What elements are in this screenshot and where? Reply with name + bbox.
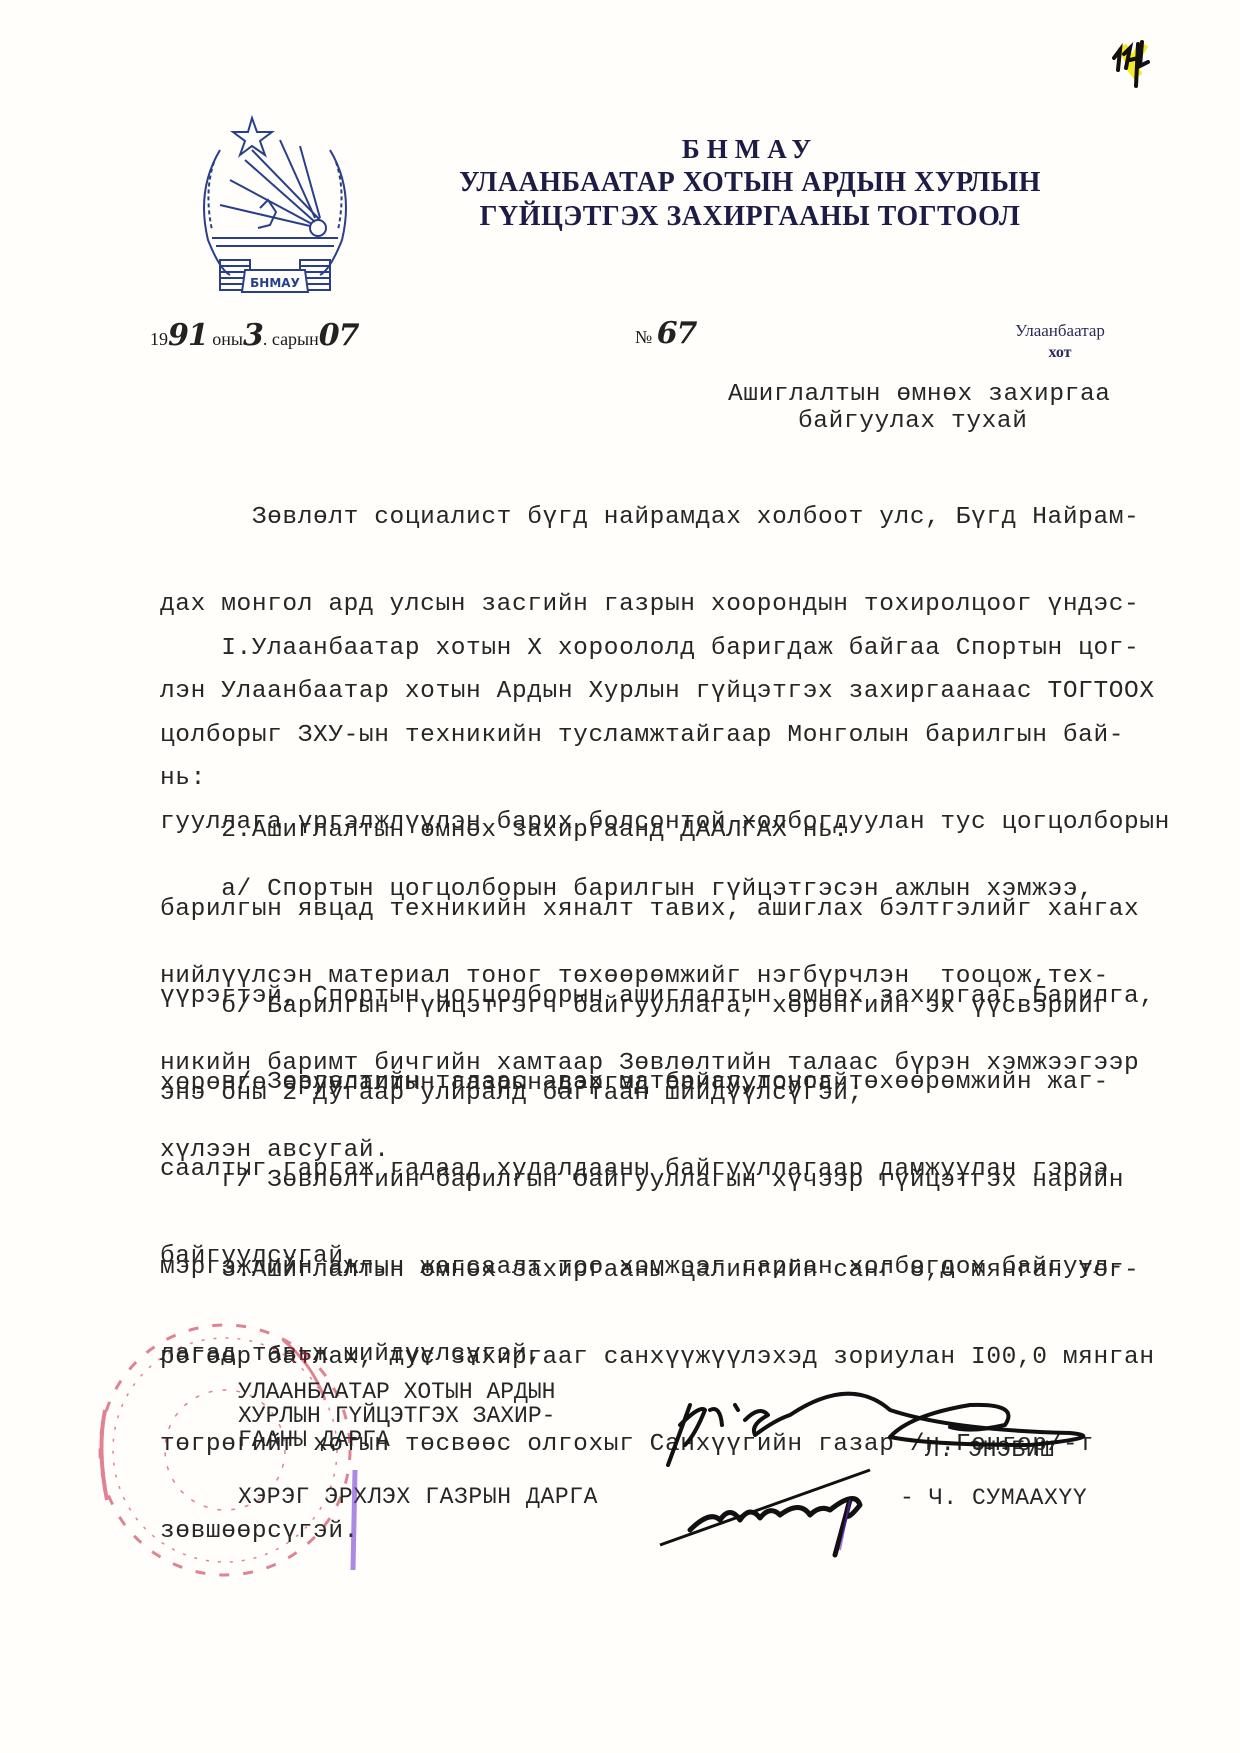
resolution-subject: Ашиглалтын өмнөх захиргаа байгуулах туха… [728, 381, 1111, 435]
letterhead-country: БНМАУ [440, 132, 1060, 166]
resolution-date: 1991 оны3. сарын07 [150, 318, 359, 353]
archive-page-number-handwritten [1108, 36, 1156, 92]
letterhead-organization: УЛААНБААТАР ХОТЫН АРДЫН ХУРЛЫН [440, 166, 1060, 200]
letterhead-document-type: ГҮЙЦЭТГЭХ ЗАХИРГААНЫ ТОГТООЛ [440, 200, 1060, 234]
resolution-number: № 67 [635, 316, 696, 351]
handwritten-month: 3 [243, 318, 263, 353]
signatory-2-title: ХЭРЭГ ЭРХЛЭХ ГАЗРЫН ДАРГА [238, 1484, 598, 1510]
document-page: БНМАУ БНМАУ УЛААНБААТАР ХОТЫН АРДЫН ХУРЛ… [0, 0, 1240, 1753]
signatory-1-title: УЛААНБААТАР ХОТЫН АРДЫН ХУРЛЫН ГҮЙЦЭТГЭХ… [238, 1380, 555, 1452]
letterhead: БНМАУ УЛААНБААТАР ХОТЫН АРДЫН ХУРЛЫН ГҮЙ… [440, 132, 1060, 234]
place-of-issue: Улаанбаатар хот [985, 320, 1135, 364]
signature-1 [650, 1365, 1100, 1475]
ink-mark [345, 1465, 365, 1575]
signature-2 [640, 1460, 940, 1570]
handwritten-year: 91 [168, 318, 208, 353]
svg-text:БНМАУ: БНМАУ [250, 276, 300, 290]
state-emblem-icon: БНМАУ [190, 110, 360, 305]
handwritten-day: 07 [319, 318, 359, 353]
handwritten-number: 67 [657, 316, 697, 351]
official-seal-stamp [75, 1300, 375, 1620]
